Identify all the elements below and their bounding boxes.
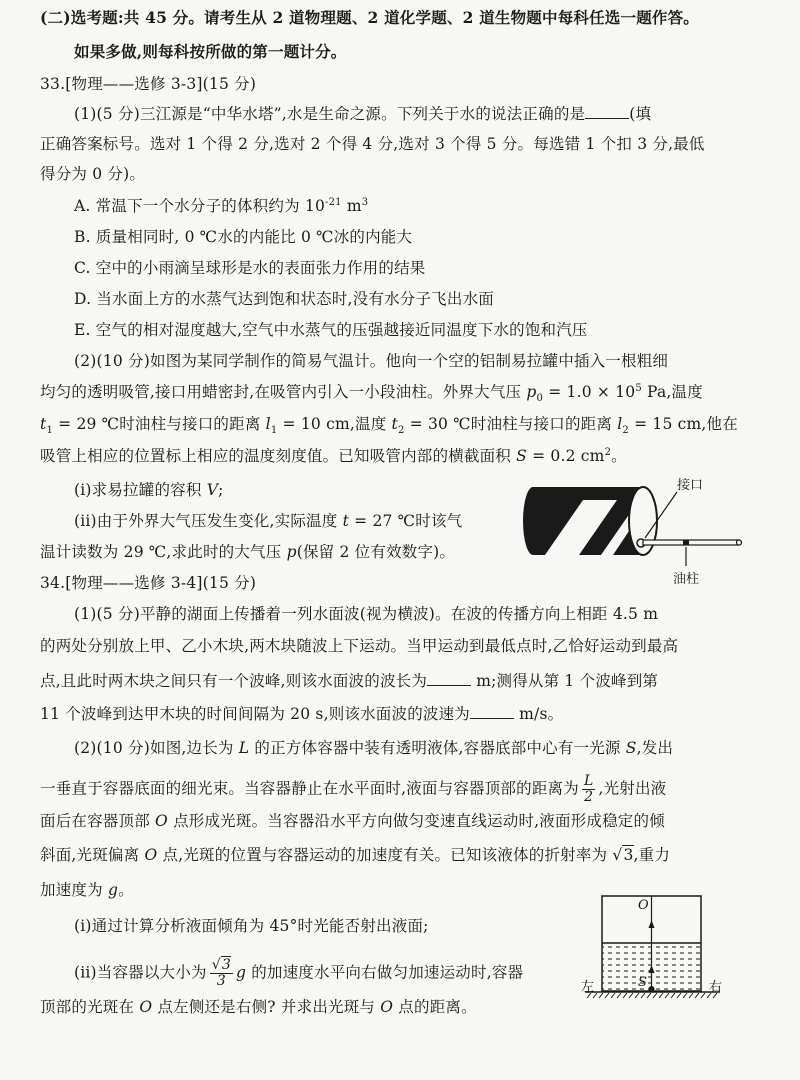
- q33-sub-ii-line1: (ii)由于外界大气压发生变化,实际温度 t = 27 ℃时该气: [74, 511, 462, 531]
- q34-sub-i: (i)通过计算分析液面倾角为 45°时光能否射出液面;: [74, 916, 429, 936]
- q33-part1-line1: (1)(5 分)三江源是“中华水塔”,水是生命之源。下列关于水的说法正确的是(填: [74, 104, 651, 124]
- label-left: 左: [581, 976, 594, 995]
- q33-title: 33.[物理——选修 3-3](15 分): [40, 74, 256, 94]
- q34-sub-ii-line1: (ii)当容器以大小为√33g 的加速度水平向右做匀加速运动时,容器: [74, 958, 523, 989]
- q33-part2-line4: 吸管上相应的位置标上相应的温度刻度值。已知吸管内部的横截面积 S = 0.2 c…: [40, 446, 627, 466]
- label-right: 右: [709, 976, 722, 995]
- q33-part2-line3: t1 = 29 ℃时油柱与接口的距离 l1 = 10 cm,温度 t2 = 30…: [40, 414, 738, 434]
- q34-part2-line4: 斜面,光斑偏离 O 点,光斑的位置与容器运动的加速度有关。已知该液体的折射率为 …: [40, 845, 670, 865]
- can-thermometer-illustration: [505, 470, 765, 590]
- label-source-S: S: [638, 975, 647, 990]
- can-thermometer-figure: 接口 油柱: [505, 470, 765, 590]
- q33-sub-ii-line2: 温计读数为 29 ℃,求此时的大气压 p(保留 2 位有效数字)。: [40, 542, 455, 562]
- q33-option-e: E. 空气的相对湿度越大,空气中水蒸气的压强越接近同温度下水的饱和汽压: [74, 320, 588, 340]
- label-joint: 接口: [677, 474, 703, 493]
- label-point-O: O: [638, 898, 649, 913]
- q33-option-c: C. 空中的小雨滴呈球形是水的表面张力作用的结果: [74, 258, 425, 278]
- q34-part1-line1: (1)(5 分)平静的湖面上传播着一列水面波(视为横波)。在波的传播方向上相距 …: [74, 604, 658, 624]
- q34-part1-line3: 点,且此时两木块之间只有一个波峰,则该水面波的波长为 m;测得从第 1 个波峰到…: [40, 671, 658, 691]
- q33-option-b: B. 质量相同时, 0 ℃水的内能比 0 ℃冰的内能大: [74, 227, 412, 247]
- q33-part2-line2: 均匀的透明吸管,接口用蜡密封,在吸管内引入一小段油柱。外界大气压 p0 = 1.…: [40, 382, 703, 402]
- q33-option-d: D. 当水面上方的水蒸气达到饱和状态时,没有水分子飞出水面: [74, 289, 494, 309]
- q34-part2-line5: 加速度为 g。: [40, 880, 134, 900]
- section-header-line1: (二)选考题:共 45 分。请考生从 2 道物理题、2 道化学题、2 道生物题中…: [40, 8, 699, 28]
- q34-title: 34.[物理——选修 3-4](15 分): [40, 573, 256, 593]
- liquid-container-figure: O S 左 右: [575, 890, 735, 1005]
- wave-speed-blank: [470, 704, 514, 719]
- label-oil-column: 油柱: [673, 568, 699, 587]
- q34-sub-ii-line2: 顶部的光斑在 O 点左侧还是右侧? 并求出光斑与 O 点的距离。: [40, 997, 477, 1017]
- q33-sub-i: (i)求易拉罐的容积 V;: [74, 480, 224, 500]
- q33-option-a: A. 常温下一个水分子的体积约为 10-21 m3: [74, 196, 368, 216]
- q34-part2-line3: 面后在容器顶部 O 点形成光斑。当容器沿水平方向做匀变速直线运动时,液面形成稳定…: [40, 811, 665, 831]
- section-header-line2: 如果多做,则每科按所做的第一题计分。: [74, 42, 347, 62]
- q34-part1-line4: 11 个波峰到达甲木块的时间间隔为 20 s,则该水面波的波速为 m/s。: [40, 704, 563, 724]
- q33-part2-line1: (2)(10 分)如图为某同学制作的简易气温计。他向一个空的铝制易拉罐中插入一根…: [74, 351, 668, 371]
- q33-part1-line3: 得分为 0 分)。: [40, 164, 145, 184]
- q34-part2-line2: 一垂直于容器底面的细光束。当容器静止在水平面时,液面与容器顶部的距离为L2,光射…: [40, 774, 666, 805]
- wavelength-blank: [427, 671, 471, 686]
- q33-part1-line2: 正确答案标号。选对 1 个得 2 分,选对 2 个得 4 分,选对 3 个得 5…: [40, 134, 705, 154]
- q34-part1-line2: 的两处分别放上甲、乙小木块,两木块随波上下运动。当甲运动到最低点时,乙恰好运动到…: [40, 636, 678, 656]
- fraction-sqrt3-over-3: √33: [210, 958, 233, 989]
- answer-blank: [585, 104, 629, 119]
- q34-part2-line1: (2)(10 分)如图,边长为 L 的正方体容器中装有透明液体,容器底部中心有一…: [74, 738, 673, 758]
- fraction-L-over-2: L2: [582, 774, 596, 805]
- exam-page: (二)选考题:共 45 分。请考生从 2 道物理题、2 道化学题、2 道生物题中…: [0, 0, 800, 1080]
